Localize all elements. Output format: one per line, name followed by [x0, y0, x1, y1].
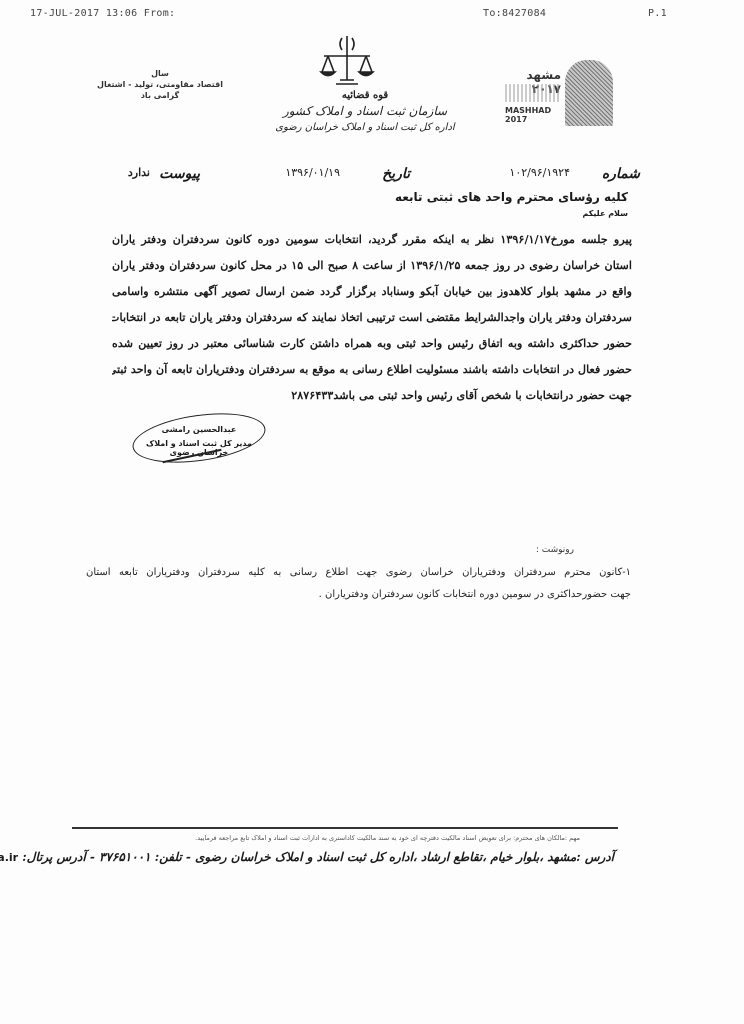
slogan-line-3: گرامی باد — [80, 90, 240, 101]
body-line: حضور فعال در انتخابات داشته باشند مسئولی… — [112, 356, 632, 382]
footer-note: مهم :مالکان های محترم: برای تعویض اسناد … — [150, 834, 580, 842]
body-line: پیرو جلسه مورخ۱۳۹۶/۱/۱۷ نظر به اینکه مقر… — [112, 226, 632, 252]
number-label: شماره — [602, 166, 640, 182]
cc-list: ۱-کانون محترم سردفتران ودفتریاران خراسان… — [86, 562, 631, 606]
slogan-line-1: سال — [80, 68, 240, 79]
slogan-line-2: اقتصاد مقاومتی، تولید - اشتغال — [80, 79, 240, 90]
logo-subtitle-pattern — [505, 84, 561, 102]
letter-metadata: شماره ۱۰۲/۹۶/۱۹۲۴ تاریخ ۱۳۹۶/۰۱/۱۹ پیوست… — [100, 166, 640, 190]
fax-page-number: P.1 — [648, 8, 667, 19]
logo-english: MASHHAD 2017 — [505, 106, 561, 124]
footer-address: آدرس :مشهد ،بلوار خیام ،تقاطع ارشاد ،ادا… — [22, 850, 614, 864]
cc-line: جهت حضورحداکثری در سومین دوره انتخابات ک… — [86, 584, 631, 606]
signature-block: عبدالحسین رامشی مدیر کل ثبت اسناد و املا… — [132, 415, 272, 465]
letter-body: پیرو جلسه مورخ۱۳۹۶/۱/۱۷ نظر به اینکه مقر… — [112, 226, 632, 408]
letterhead-department: اداره کل ثبت اسناد و املاک خراسان رضوی — [260, 122, 470, 133]
cc-label: رونوشت : — [536, 545, 574, 555]
body-line: حضور حداکثری داشته وبه اتفاق رئیس واحد ث… — [112, 330, 632, 356]
fax-datetime: 17-JUL-2017 13:06 From: — [30, 8, 175, 19]
attachment-value: ندارد — [128, 166, 150, 179]
signatory-name: عبدالحسین رامشی — [132, 425, 266, 434]
footer-divider — [72, 827, 618, 829]
body-line: سردفتران ودفتر یاران واجدالشرایط مقتضی ا… — [112, 304, 632, 330]
date-label: تاریخ — [382, 166, 410, 182]
body-line: جهت حضور درانتخابات با شخص آقای رئیس واح… — [112, 382, 632, 408]
letterhead-judiciary: قوه قضائیه — [260, 90, 470, 101]
footer-website-link[interactable]: kh.ssaa.ir — [0, 851, 18, 864]
letter-number: ۱۰۲/۹۶/۱۹۲۴ — [509, 166, 570, 179]
signature-oval-icon — [129, 406, 268, 470]
attachment-label: پیوست — [159, 166, 200, 182]
scales-of-justice-emblem-icon — [318, 34, 376, 89]
body-line: واقع در مشهد بلوار کلاهدوز بین خیابان آب… — [112, 278, 632, 304]
year-slogan: سال اقتصاد مقاومتی، تولید - اشتغال گرامی… — [80, 68, 240, 101]
shrine-arch-icon — [565, 60, 613, 126]
letter-date: ۱۳۹۶/۰۱/۱۹ — [285, 166, 340, 179]
footer-address-line: آدرس :مشهد ،بلوار خیام ،تقاطع ارشاد ،ادا… — [94, 850, 614, 864]
cc-line: ۱-کانون محترم سردفتران ودفتریاران خراسان… — [86, 562, 631, 584]
greeting: سلام علیکم — [582, 209, 628, 218]
fax-recipient: To:8427084 — [483, 8, 546, 19]
letterhead-organization: سازمان ثبت اسناد و املاک کشور — [260, 104, 470, 118]
mashhad-2017-logo: مشهد ۲۰۱۷ MASHHAD 2017 — [505, 60, 615, 128]
body-line: استان خراسان رضوی در روز جمعه ۱۳۹۶/۱/۲۵ … — [112, 252, 632, 278]
addressee: کلیه رؤسای محترم واحد های ثبتی تابعه — [395, 190, 628, 204]
